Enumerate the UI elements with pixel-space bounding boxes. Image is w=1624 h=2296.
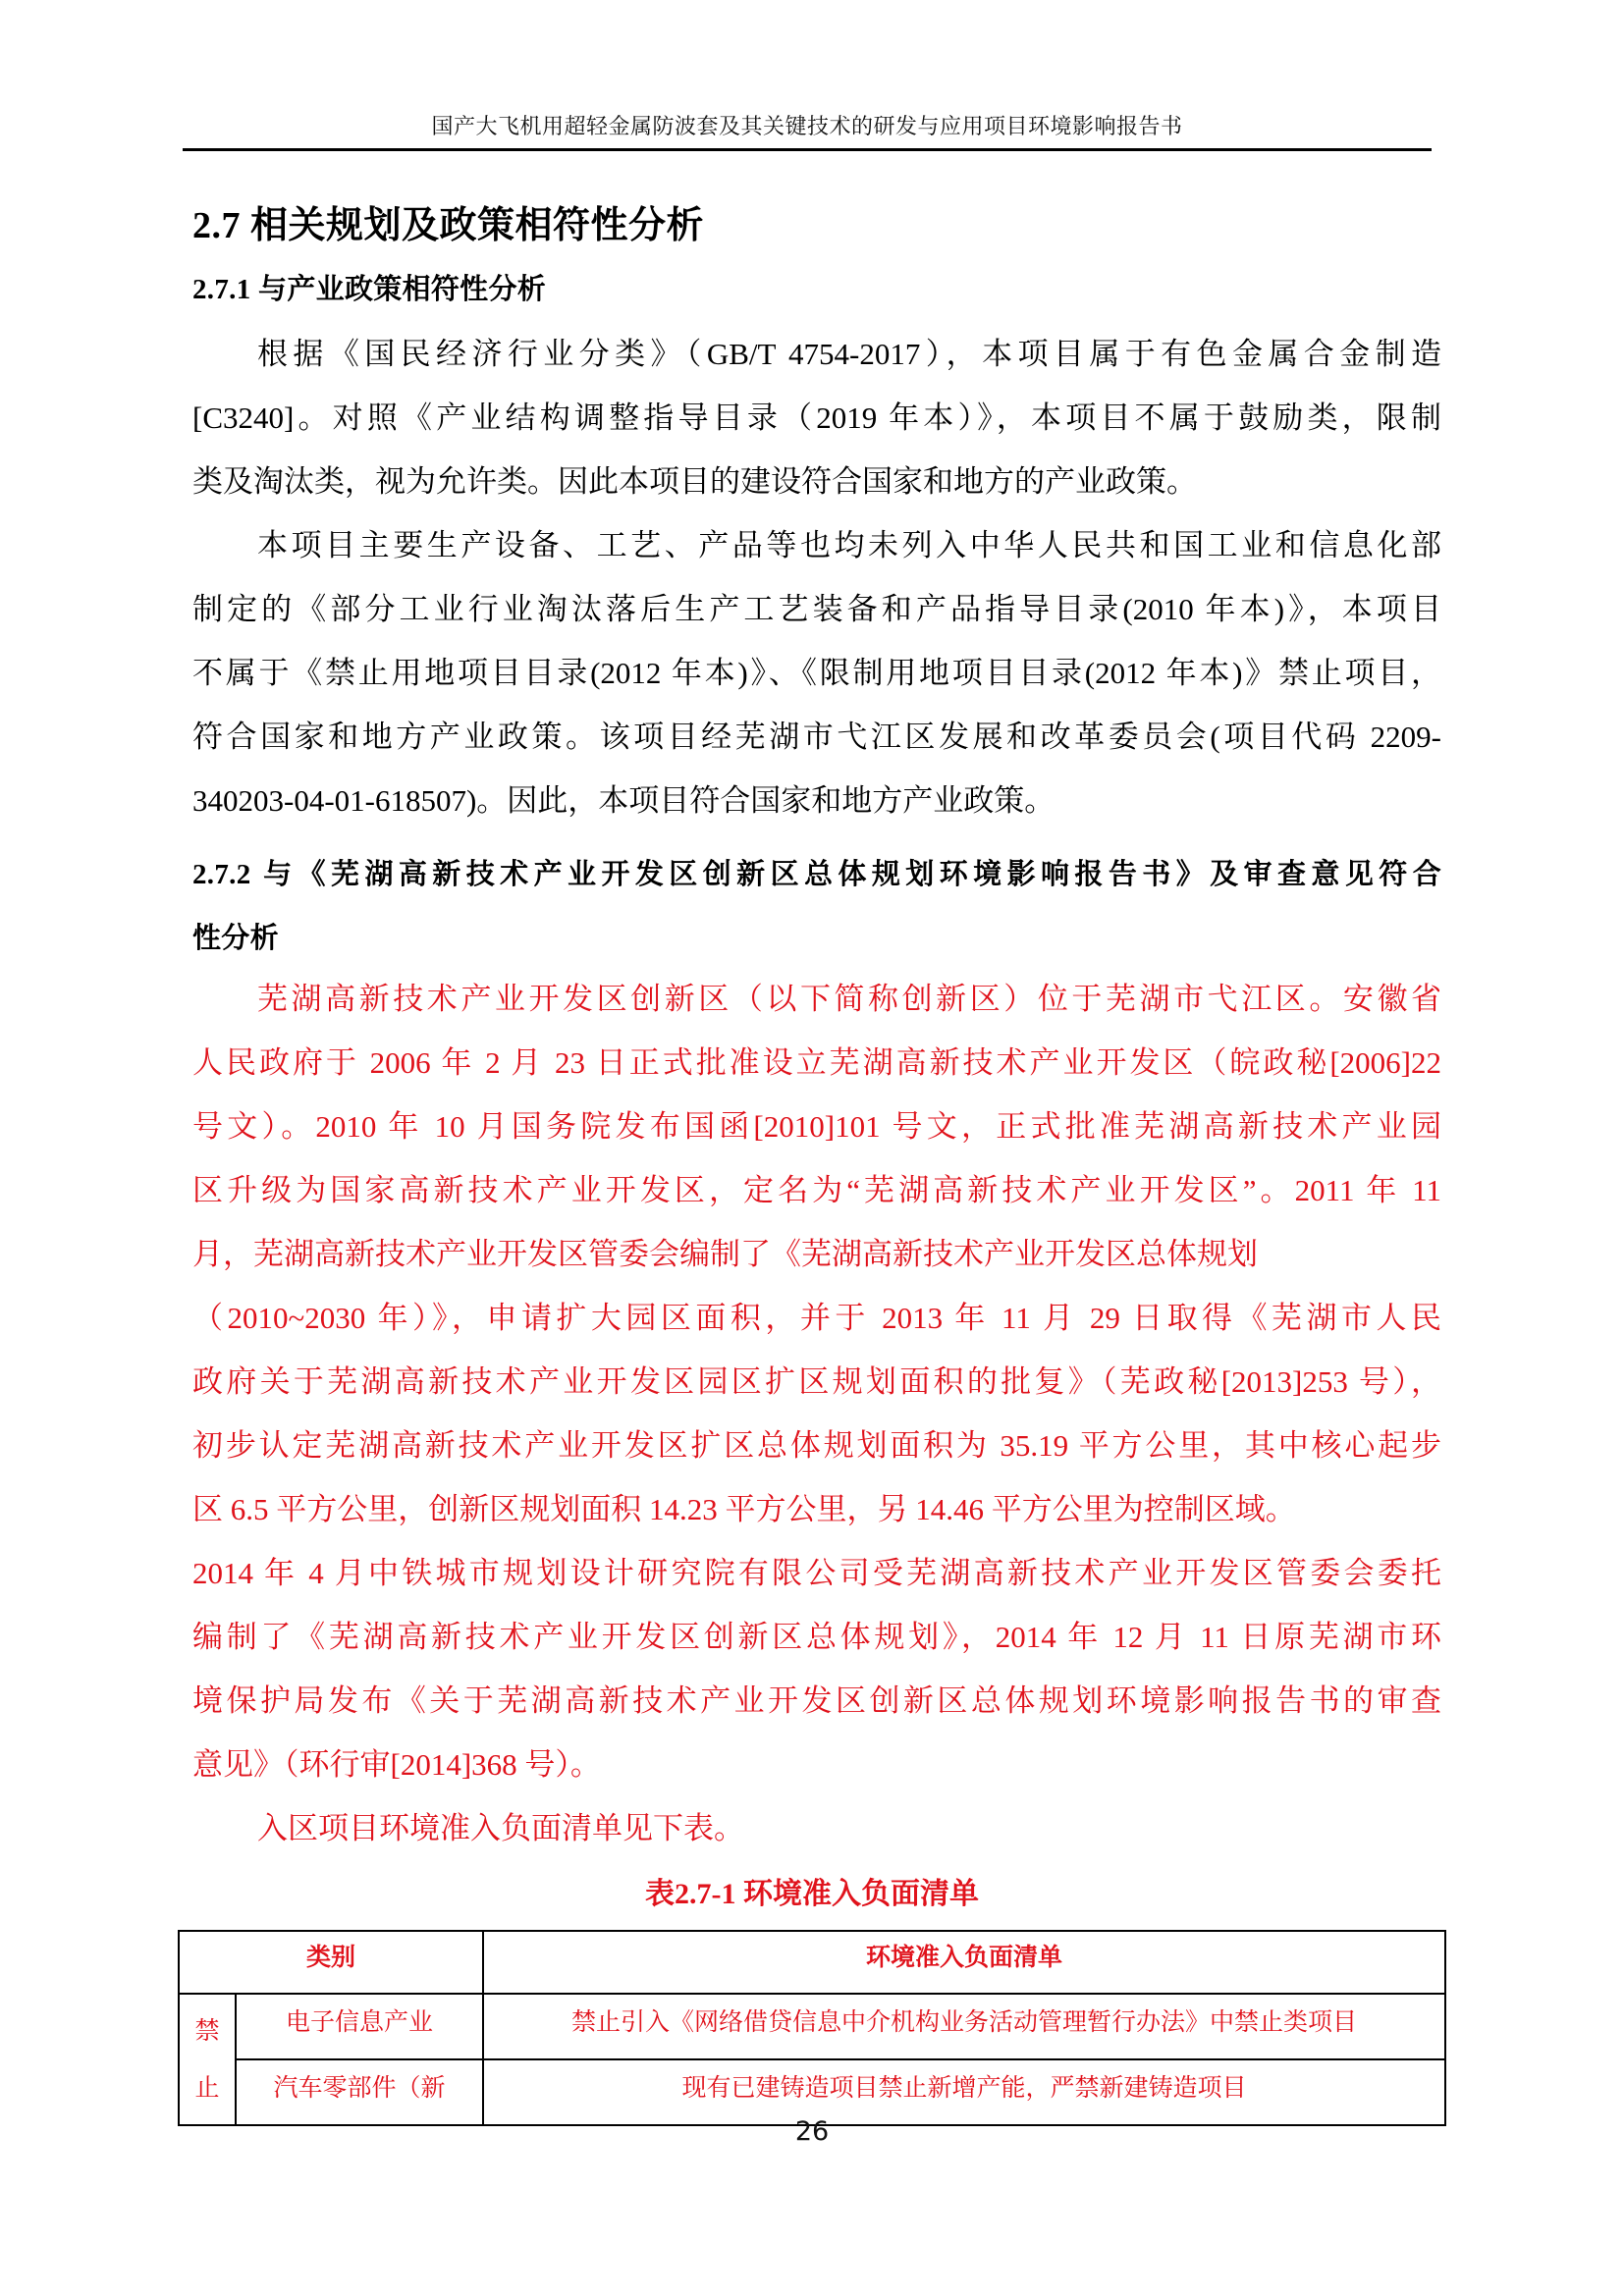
text-line: 编制了《芜湖高新技术产业开发区创新区总体规划》，2014 年 12 月 11 日… <box>192 1605 1441 1669</box>
paragraph-equipment-compliance: 本项目主要生产设备、工艺、产品等也均未列入中华人民共和国工业和信息化部 制定的《… <box>192 513 1441 832</box>
column-header-negative-list: 环境准入负面清单 <box>483 1931 1445 1994</box>
group-label-char: 禁 <box>180 2002 235 2059</box>
heading-line: 2.7.2 与《芜湖高新技术产业开发区创新区总体规划环境影响报告书》及审查意见符… <box>192 852 1441 916</box>
table-row: 汽车零部件（新 现有已建铸造项目禁止新增产能，严禁新建铸造项目 <box>179 2059 1445 2125</box>
table-cell-requirement: 现有已建铸造项目禁止新增产能，严禁新建铸造项目 <box>483 2059 1445 2125</box>
text-line: 340203-04-01-618507)。因此，本项目符合国家和地方产业政策。 <box>192 769 1441 832</box>
section-heading: 2.7 相关规划及政策相符性分析 <box>192 194 704 248</box>
paragraph-park-background: 芜湖高新技术产业开发区创新区（以下简称创新区）位于芜湖市弋江区。安徽省 人民政府… <box>192 967 1441 1796</box>
text-line: 根据《国民经济行业分类》（GB/T 4754-2017），本项目属于有色金属合金… <box>192 322 1441 386</box>
paragraph-table-intro: 入区项目环境准入负面清单见下表。 <box>192 1796 1441 1860</box>
table-header-row: 类别 环境准入负面清单 <box>179 1931 1445 1994</box>
table-cell-requirement: 禁止引入《网络借贷信息中介机构业务活动管理暂行办法》中禁止类项目 <box>483 1994 1445 2059</box>
table-caption: 表2.7-1 环境准入负面清单 <box>0 1869 1624 1912</box>
text-line: 境保护局发布《关于芜湖高新技术产业开发区创新区总体规划环境影响报告书的审查 <box>192 1669 1441 1733</box>
text-line: 2014 年 4 月中铁城市规划设计研究院有限公司受芜湖高新技术产业开发区管委会… <box>192 1541 1441 1605</box>
text-line: 月，芜湖高新技术产业开发区管委会编制了《芜湖高新技术产业开发区总体规划 <box>192 1222 1441 1286</box>
text-line: [C3240]。对照《产业结构调整指导目录（2019 年本）》，本项目不属于鼓励… <box>192 386 1441 450</box>
text-line: 区升级为国家高新技术产业开发区，定名为“芜湖高新技术产业开发区”。2011 年 … <box>192 1158 1441 1222</box>
table-row: 禁 止 电子信息产业 禁止引入《网络借贷信息中介机构业务活动管理暂行办法》中禁止… <box>179 1994 1445 2059</box>
header-rule <box>183 148 1432 151</box>
running-header-title: 国产大飞机用超轻金属防波套及其关键技术的研发与应用项目环境影响报告书 <box>183 110 1432 140</box>
text-line: 意见》（环行审[2014]368 号）。 <box>192 1733 1441 1796</box>
text-line: 类及淘汰类，视为允许类。因此本项目的建设符合国家和地方的产业政策。 <box>192 450 1441 513</box>
paragraph-industry-classification: 根据《国民经济行业分类》（GB/T 4754-2017），本项目属于有色金属合金… <box>192 322 1441 513</box>
text-line: 符合国家和地方产业政策。该项目经芜湖市弋江区发展和改革委员会(项目代码 2209… <box>192 705 1441 769</box>
text-line: 入区项目环境准入负面清单见下表。 <box>192 1796 1441 1860</box>
column-header-category: 类别 <box>179 1931 483 1994</box>
text-line: 初步认定芜湖高新技术产业开发区扩区总体规划面积为 35.19 平方公里，其中核心… <box>192 1414 1441 1477</box>
text-line: 政府关于芜湖高新技术产业开发区园区扩区规划面积的批复》（芜政秘[2013]253… <box>192 1350 1441 1414</box>
text-line: 不属于《禁止用地项目目录(2012 年本)》、《限制用地项目目录(2012 年本… <box>192 641 1441 705</box>
text-line: 区 6.5 平方公里，创新区规划面积 14.23 平方公里，另 14.46 平方… <box>192 1477 1441 1541</box>
group-label-char: 止 <box>180 2059 235 2116</box>
page-number: 26 <box>0 2116 1624 2147</box>
negative-list-table: 类别 环境准入负面清单 禁 止 电子信息产业 禁止引入《网络借贷信息中介机构业务… <box>178 1930 1446 2126</box>
text-line: 制定的《部分工业行业淘汰落后生产工艺装备和产品指导目录(2010 年本)》，本项… <box>192 577 1441 641</box>
text-line: 号文）。2010 年 10 月国务院发布国函[2010]101 号文，正式批准芜… <box>192 1095 1441 1158</box>
text-line: 本项目主要生产设备、工艺、产品等也均未列入中华人民共和国工业和信息化部 <box>192 513 1441 577</box>
subsection-heading-2-7-1: 2.7.1 与产业政策相符性分析 <box>192 267 546 307</box>
group-label-prohibited: 禁 止 <box>179 1994 236 2125</box>
table-cell-category: 电子信息产业 <box>236 1994 483 2059</box>
text-line: 人民政府于 2006 年 2 月 23 日正式批准设立芜湖高新技术产业开发区（皖… <box>192 1031 1441 1095</box>
subsection-heading-2-7-2: 2.7.2 与《芜湖高新技术产业开发区创新区总体规划环境影响报告书》及审查意见符… <box>192 852 1441 980</box>
text-line: 芜湖高新技术产业开发区创新区（以下简称创新区）位于芜湖市弋江区。安徽省 <box>192 967 1441 1031</box>
text-line: （2010~2030 年）》，申请扩大园区面积，并于 2013 年 11 月 2… <box>192 1286 1441 1350</box>
table-cell-category: 汽车零部件（新 <box>236 2059 483 2125</box>
